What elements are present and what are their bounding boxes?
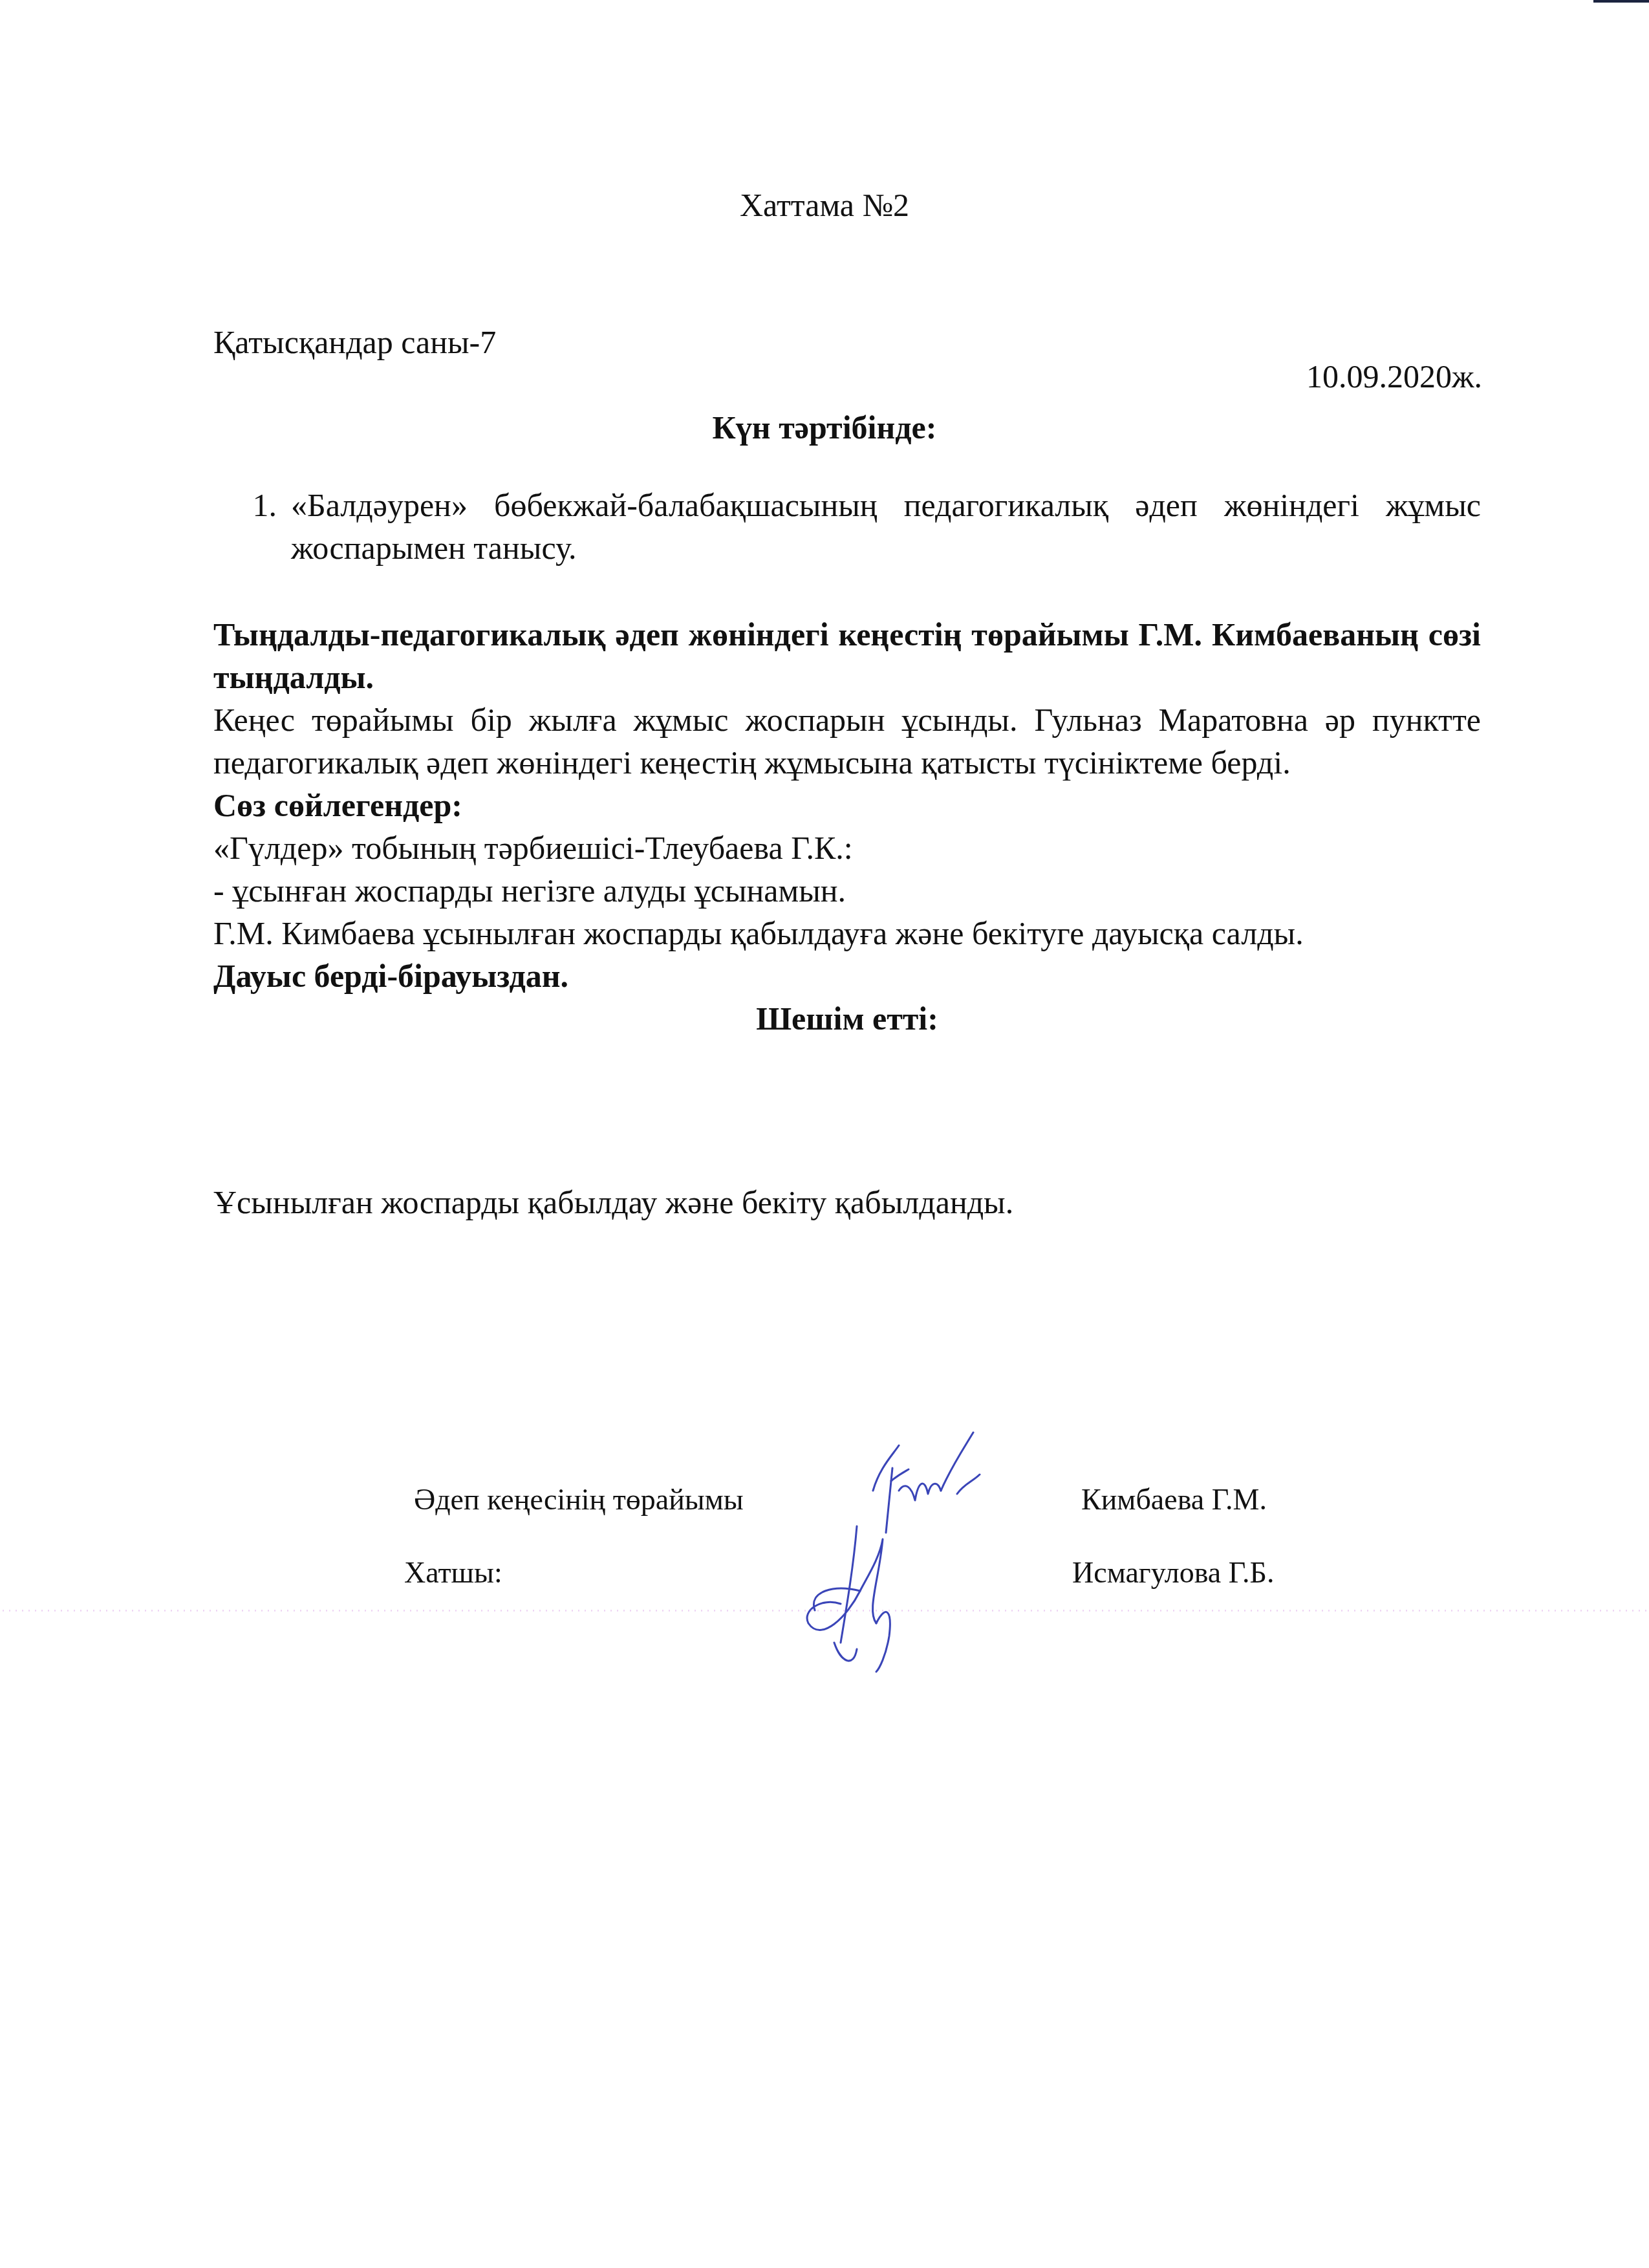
signature-role-secretary: Хатшы: <box>404 1555 502 1590</box>
decision-text: Ұсынылған жоспарды қабылдау және бекіту … <box>213 1183 1013 1221</box>
vote-call-text: Г.М. Кимбаева ұсынылған жоспарды қабылда… <box>213 912 1481 955</box>
scan-dotted-line <box>0 1610 1649 1612</box>
document-page: Хаттама №2 Қатысқандар саны-7 10.09.2020… <box>0 0 1649 2268</box>
decision-heading: Шешім етті: <box>213 997 1481 1040</box>
meeting-date: 10.09.2020ж. <box>1306 358 1482 395</box>
heard-text: Кеңес төрайымы бір жылға жұмыс жоспарын … <box>213 698 1481 784</box>
minutes-body: Тыңдалды-педагогикалық әдеп жөніндегі ке… <box>213 613 1481 1040</box>
agenda-item-number: 1. <box>213 484 291 526</box>
speaker-name: «Гүлдер» тобының тәрбиешісі-Тлеубаева Г.… <box>213 826 1481 869</box>
heard-heading: Тыңдалды-педагогикалық әдеп жөніндегі ке… <box>213 613 1481 698</box>
agenda-item-text: «Балдәурен» бөбекжай-балабақшасының педа… <box>291 484 1481 569</box>
speakers-heading: Сөз сөйлегендер: <box>213 784 1481 826</box>
signature-name-chair: Кимбаева Г.М. <box>1081 1482 1267 1517</box>
vote-result: Дауыс берді-бірауыздан. <box>213 955 1481 997</box>
agenda-item: 1. «Балдәурен» бөбекжай-балабақшасының п… <box>213 484 1481 569</box>
handwritten-signature-icon <box>795 1513 964 1685</box>
signature-name-secretary: Исмагулова Г.Б. <box>1072 1555 1275 1590</box>
participants-count: Қатысқандар саны-7 <box>213 323 496 361</box>
document-title: Хаттама №2 <box>0 186 1649 224</box>
speaker-remark: - ұсынған жоспарды негізге алуды ұсынамы… <box>213 869 1481 912</box>
signature-role-chair: Әдеп кеңесінің төрайымы <box>414 1482 744 1517</box>
agenda-list: 1. «Балдәурен» бөбекжай-балабақшасының п… <box>213 484 1481 569</box>
agenda-heading: Күн тәртібінде: <box>0 409 1649 446</box>
